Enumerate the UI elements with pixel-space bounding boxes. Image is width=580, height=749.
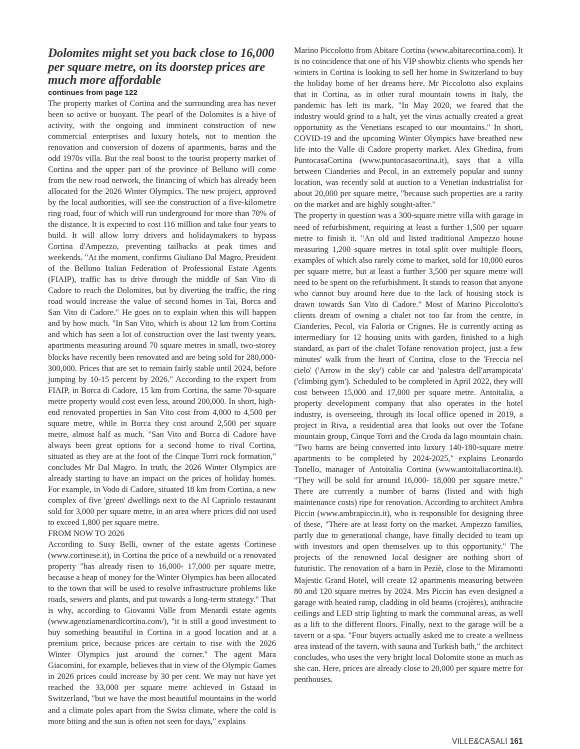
article-headline: Dolomites might set you back close to 16… [48, 47, 276, 88]
section-subhead: FROM NOW TO 2026 [48, 528, 276, 539]
continued-from-label: continues from page 122 [48, 88, 276, 98]
page-number: 161 [510, 737, 523, 746]
article-paragraph: According to Susy Belli, owner of the es… [48, 539, 276, 727]
article-paragraph: The property in question was a 300-squar… [294, 210, 523, 684]
magazine-page: Dolomites might set you back close to 16… [0, 0, 580, 749]
article-paragraph: The property market of Cortina and the s… [48, 98, 276, 528]
left-column: Dolomites might set you back close to 16… [48, 47, 276, 727]
page-footer: VILLE&CASALI 161 [452, 737, 523, 746]
magazine-name: VILLE&CASALI [452, 737, 507, 746]
right-column: Marino Piccolotto from Abitare Cortina (… [294, 45, 523, 685]
article-paragraph: Marino Piccolotto from Abitare Cortina (… [294, 45, 523, 210]
